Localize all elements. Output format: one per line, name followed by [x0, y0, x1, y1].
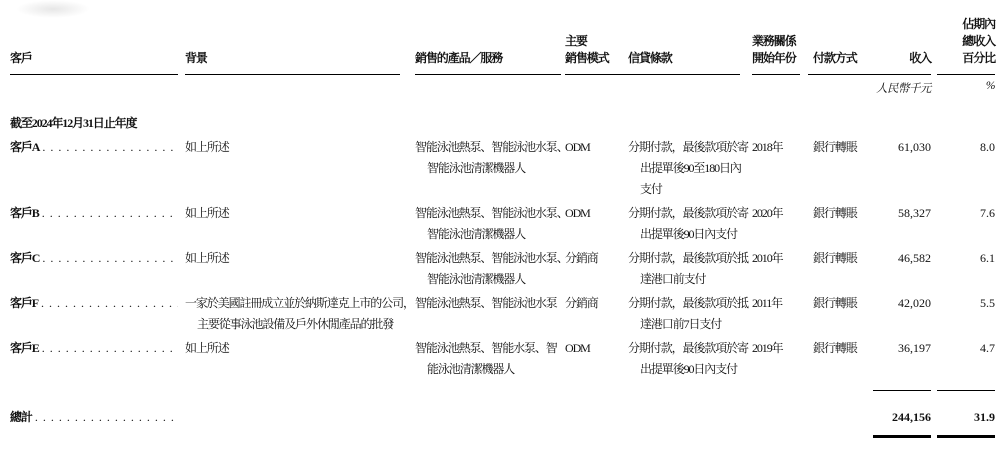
revenue-subtotal-rule [873, 390, 931, 391]
revenue-total-double-rule [873, 435, 931, 438]
customer-name: 客戶F [10, 293, 38, 314]
cell-credit-terms: 分期付款，最後款項於寄 出提單後90日內支付 [628, 338, 752, 380]
total-pct: 31.9 [931, 407, 995, 428]
table-row: 客戶C 如上所述 智能泳池熱泵、智能泳池水泵、 智能泳池清潔機器人 分銷商 分期… [10, 248, 995, 290]
leader-dots [42, 203, 178, 224]
customer-name: 客戶B [10, 203, 39, 224]
cell-products: 智能泳池熱泵、智能泳池水泵、 智能泳池清潔機器人 [415, 137, 565, 179]
total-revenue: 244,156 [868, 407, 931, 428]
total-row: 總計 244,156 31.9 [10, 407, 995, 428]
leader-dots [41, 293, 178, 314]
cell-credit-terms: 分期付款，最後款項於抵 達港口前支付 [628, 248, 752, 290]
cell-year: 2011年 [752, 293, 808, 314]
cell-payment-method: 銀行轉賬 [808, 338, 868, 359]
cell-credit-terms: 分期付款，最後款項於抵 達港口前7日支付 [628, 293, 752, 335]
cell-background: 如上所述 [185, 248, 415, 269]
customer-name: 客戶C [10, 248, 39, 269]
revenue-unit-label: 人民幣千元 [868, 80, 931, 96]
customer-name: 客戶A [10, 137, 39, 158]
cell-year: 2018年 [752, 137, 808, 158]
section-title-period: 截至2024年12月31日止年度 [10, 113, 995, 134]
cell-pct: 4.7 [931, 338, 995, 359]
subtotal-rule-row [10, 390, 995, 391]
total-rule-row [10, 435, 995, 438]
cell-sales-model: ODM [565, 338, 628, 359]
table-header-row: 客戶 背景 銷售的產品／服務 主要 銷售模式 信貸條款 業務關係 開始年份 付款… [10, 16, 995, 75]
cell-sales-model: 分銷商 [565, 293, 628, 314]
leader-dots [35, 407, 178, 428]
cell-background: 如上所述 [185, 338, 415, 359]
col-header-revenue: 收入 [868, 50, 931, 75]
pct-unit-label: % [931, 80, 995, 92]
cell-pct: 6.1 [931, 248, 995, 269]
cell-credit-terms: 分期付款，最後款項於寄 出提單後90至180日內 支付 [628, 137, 752, 200]
cell-pct: 5.5 [931, 293, 995, 314]
cell-products: 智能泳池熱泵、智能泳池水泵 [415, 293, 565, 314]
cell-pct: 7.6 [931, 203, 995, 224]
total-label: 總計 [10, 407, 32, 428]
cell-background: 如上所述 [185, 137, 415, 158]
cell-products: 智能泳池熱泵、智能泳池水泵、 智能泳池清潔機器人 [415, 203, 565, 245]
cell-payment-method: 銀行轉賬 [808, 203, 868, 224]
col-header-relationship-year: 業務關係 開始年份 [752, 33, 800, 75]
cell-customer: 客戶A [10, 137, 185, 158]
cell-products: 智能泳池熱泵、智能水泵、智 能泳池清潔機器人 [415, 338, 565, 380]
cell-customer: 客戶F [10, 293, 185, 314]
table-row: 客戶F 一家於美國註冊成立並於納斯達克上市的公司， 主要從事泳池設備及戶外休閒產… [10, 293, 995, 335]
cell-customer: 客戶E [10, 338, 185, 359]
pct-subtotal-rule [937, 390, 995, 391]
leader-dots [42, 338, 178, 359]
cell-payment-method: 銀行轉賬 [808, 248, 868, 269]
cell-revenue: 36,197 [868, 338, 931, 359]
cell-sales-model: ODM [565, 137, 628, 158]
cell-revenue: 46,582 [868, 248, 931, 269]
cell-year: 2010年 [752, 248, 808, 269]
cell-customer: 客戶C [10, 248, 185, 269]
col-header-pct-of-revenue: 佔期內 總收入 百分比 [937, 16, 995, 75]
prospectus-table-page: 客戶 背景 銷售的產品／服務 主要 銷售模式 信貸條款 業務關係 開始年份 付款… [0, 0, 1000, 460]
col-header-customer: 客戶 [10, 50, 178, 75]
cell-year: 2020年 [752, 203, 808, 224]
pct-total-double-rule [937, 435, 995, 438]
table-row: 客戶E 如上所述 智能泳池熱泵、智能水泵、智 能泳池清潔機器人 ODM 分期付款… [10, 338, 995, 380]
col-header-payment-method: 付款方式 [808, 50, 868, 75]
cell-year: 2019年 [752, 338, 808, 359]
cell-revenue: 58,327 [868, 203, 931, 224]
cell-credit-terms: 分期付款，最後款項於寄 出提單後90日內支付 [628, 203, 752, 245]
total-label-cell: 總計 [10, 407, 185, 428]
cell-background: 一家於美國註冊成立並於納斯達克上市的公司， 主要從事泳池設備及戶外休閒產品的批發 [185, 293, 415, 335]
cell-products: 智能泳池熱泵、智能泳池水泵、 智能泳池清潔機器人 [415, 248, 565, 290]
cell-background: 如上所述 [185, 203, 415, 224]
col-header-products: 銷售的產品／服務 [415, 50, 561, 75]
customer-name: 客戶E [10, 338, 39, 359]
col-header-credit-terms: 信貸條款 [628, 50, 740, 75]
leader-dots [42, 248, 178, 269]
table-row: 客戶B 如上所述 智能泳池熱泵、智能泳池水泵、 智能泳池清潔機器人 ODM 分期… [10, 203, 995, 245]
table-units-row: 人民幣千元 % [10, 80, 995, 96]
cell-revenue: 42,020 [868, 293, 931, 314]
scan-artifact [16, 0, 90, 18]
cell-sales-model: 分銷商 [565, 248, 628, 269]
cell-sales-model: ODM [565, 203, 628, 224]
col-header-sales-model: 主要 銷售模式 [565, 33, 628, 75]
cell-customer: 客戶B [10, 203, 185, 224]
cell-payment-method: 銀行轉賬 [808, 137, 868, 158]
cell-revenue: 61,030 [868, 137, 931, 158]
col-header-background: 背景 [185, 50, 400, 75]
cell-payment-method: 銀行轉賬 [808, 293, 868, 314]
cell-pct: 8.0 [931, 137, 995, 158]
table-row: 客戶A 如上所述 智能泳池熱泵、智能泳池水泵、 智能泳池清潔機器人 ODM 分期… [10, 137, 995, 200]
leader-dots [42, 137, 178, 158]
